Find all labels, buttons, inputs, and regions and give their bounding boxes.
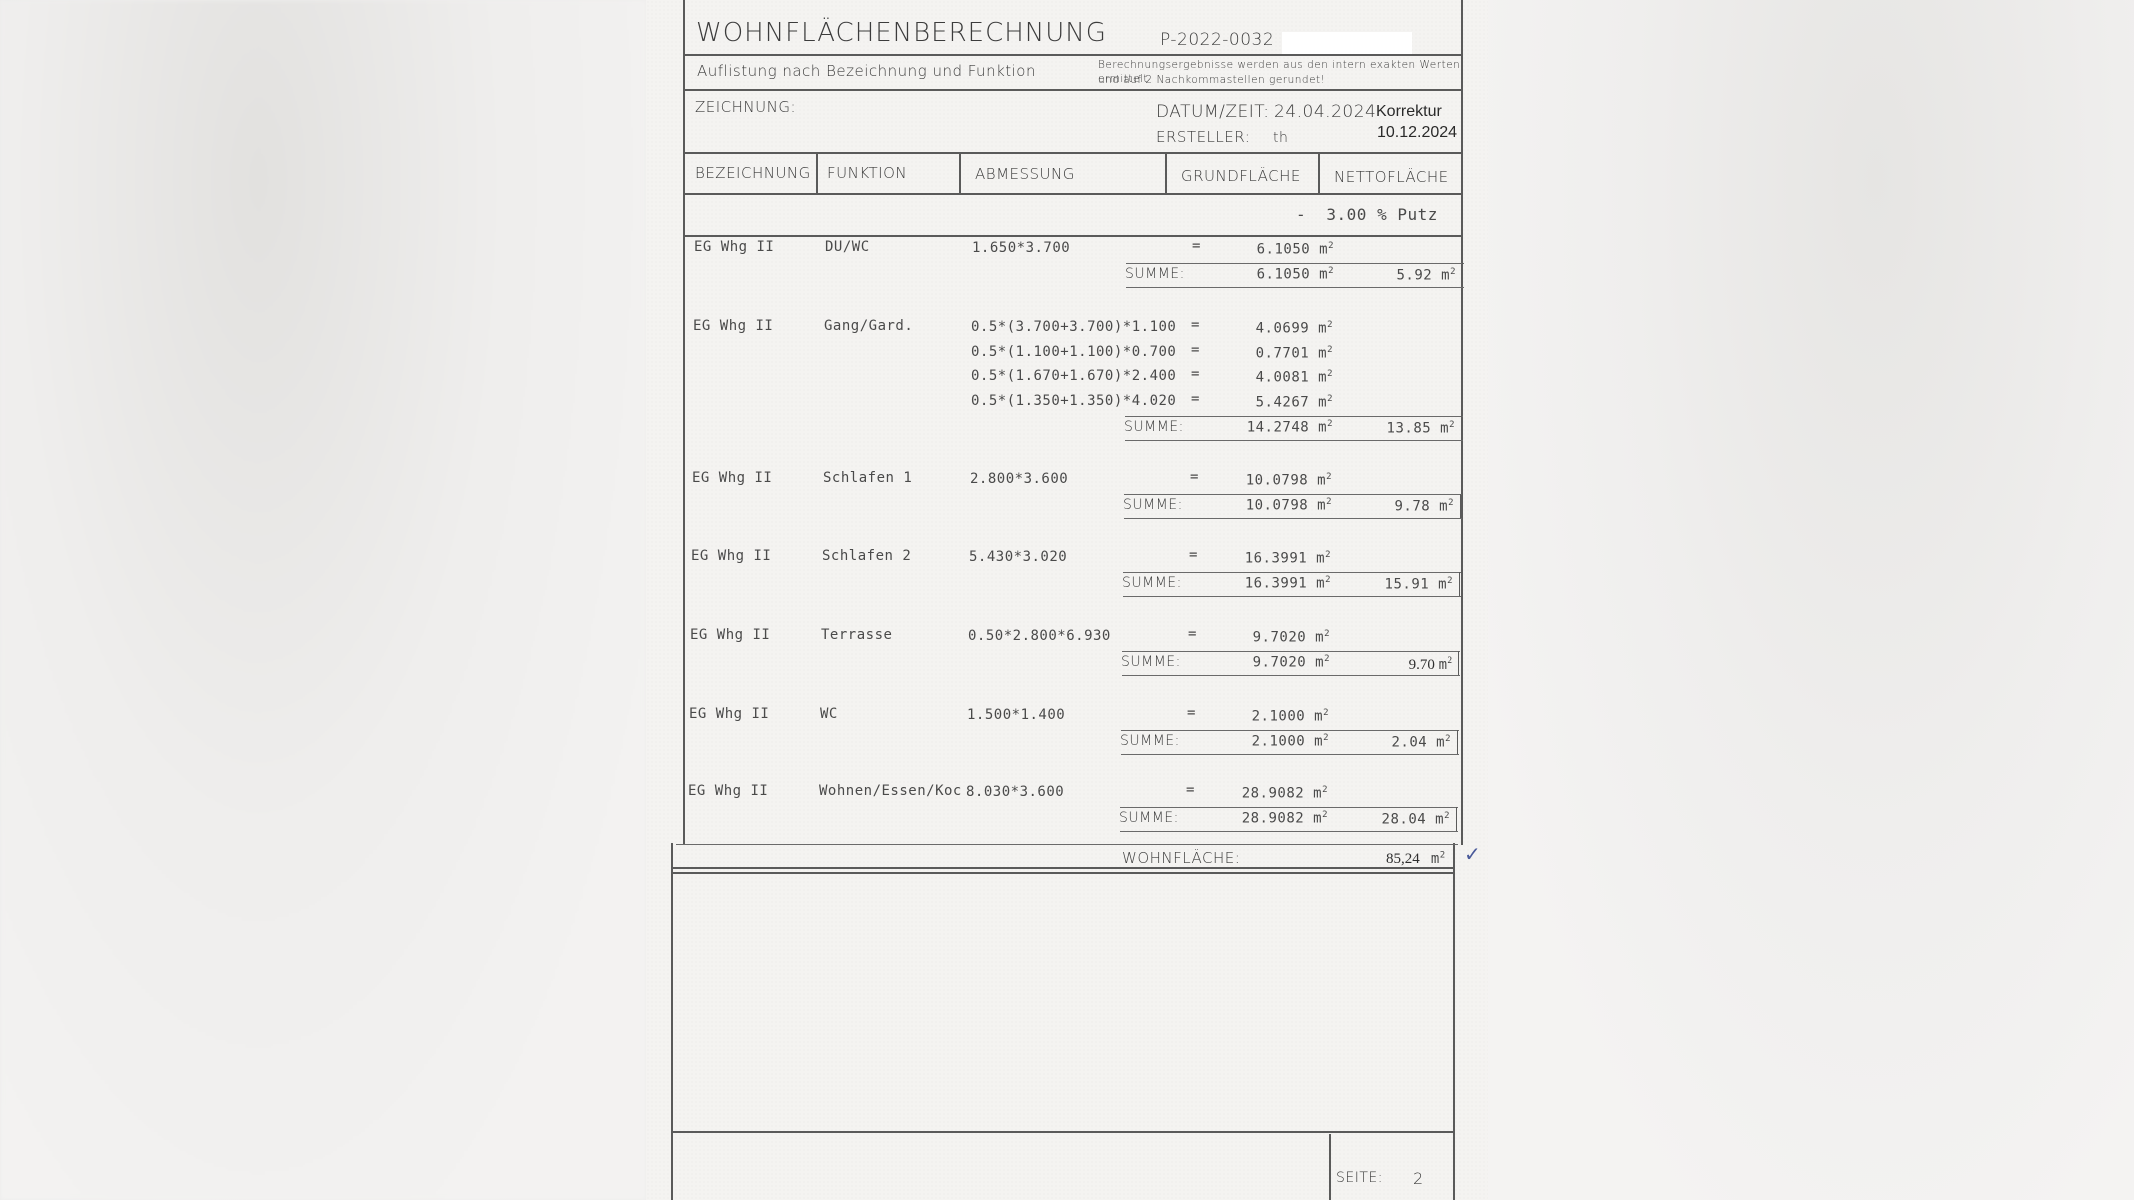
- double-line-bottom: [671, 872, 1455, 874]
- grundflaeche-value: 10.0798 m2: [1240, 472, 1332, 489]
- ersteller-value: th: [1273, 130, 1288, 146]
- double-line-top: [671, 867, 1455, 869]
- rounding-note-line2: und auf 2 Nachkommastellen gerundet!: [1098, 73, 1325, 87]
- korrektur-label: Korrektur: [1376, 103, 1442, 121]
- divider: [676, 844, 1458, 845]
- abmessung-cell: 1.500*1.400: [967, 707, 1065, 723]
- divider: [683, 193, 1463, 195]
- subtitle: Auflistung nach Bezeichnung und Funktion: [697, 62, 1036, 80]
- grundflaeche-value: 2.1000 m2: [1237, 708, 1329, 725]
- redacted-area: [1282, 32, 1412, 54]
- funktion-cell: Terrasse: [821, 627, 892, 643]
- sum-divider: [1121, 730, 1459, 731]
- summe-label: SUMME:: [1124, 419, 1184, 435]
- footer-divider: [671, 1131, 1455, 1133]
- funktion-cell: Gang/Gard.: [824, 318, 913, 334]
- funktion-cell: Schlafen 2: [822, 548, 911, 564]
- funktion-cell: Schlafen 1: [823, 470, 912, 486]
- abmessung-cell: 1.650*3.700: [972, 240, 1070, 256]
- abmessung-cell: 0.5*(3.700+3.700)*1.100: [971, 319, 1176, 335]
- grundflaeche-value: 16.3991 m2: [1239, 550, 1331, 567]
- bezeichnung-cell: EG Whg II: [692, 470, 772, 486]
- row-border: [1457, 730, 1458, 754]
- column-divider: [1318, 154, 1320, 193]
- bezeichnung-cell: EG Whg II: [691, 548, 771, 564]
- nettoflaeche-value: 13.85 m2: [1365, 420, 1455, 437]
- equals-sign: =: [1191, 391, 1200, 407]
- divider: [683, 54, 1463, 56]
- bezeichnung-cell: EG Whg II: [690, 627, 770, 643]
- zeichnung-label: ZEICHNUNG:: [695, 98, 796, 116]
- column-header-nettoflaeche: NETTOFLÄCHE: [1334, 168, 1449, 186]
- grundflaeche-value: 0.7701 m2: [1241, 345, 1333, 362]
- sum-underline: [1121, 754, 1459, 755]
- equals-sign: =: [1192, 238, 1201, 254]
- summe-label: SUMME:: [1122, 575, 1182, 591]
- document-page: WOHNFLÄCHENBERECHNUNG P-2022-0032 Auflis…: [646, 0, 1488, 1200]
- sum-underline: [1120, 831, 1458, 832]
- summe-label: SUMME:: [1120, 733, 1180, 749]
- equals-sign: =: [1187, 705, 1196, 721]
- datum-value: 24.04.2024: [1274, 102, 1376, 122]
- sum-underline: [1122, 675, 1460, 676]
- seite-label: SEITE:: [1336, 1170, 1383, 1186]
- equals-sign: =: [1190, 469, 1199, 485]
- bezeichnung-cell: EG Whg II: [693, 318, 773, 334]
- equals-sign: =: [1189, 547, 1198, 563]
- row-border: [1460, 494, 1461, 518]
- nettoflaeche-value: 9.78 m2: [1364, 498, 1454, 515]
- abmessung-cell: 8.030*3.600: [966, 784, 1064, 800]
- datum-label: DATUM/ZEIT:: [1156, 102, 1269, 122]
- equals-sign: =: [1188, 626, 1197, 642]
- abmessung-cell: 5.430*3.020: [969, 549, 1067, 565]
- grundflaeche-value: 4.0081 m2: [1241, 369, 1333, 386]
- frame-left-border: [683, 0, 685, 845]
- total-value: 85,24 m2: [1386, 848, 1446, 868]
- summe-label: SUMME:: [1121, 654, 1181, 670]
- abmessung-cell: 0.5*(1.350+1.350)*4.020: [971, 393, 1176, 409]
- column-divider: [1165, 153, 1167, 193]
- row-border: [1462, 263, 1463, 287]
- ersteller-label: ERSTELLER:: [1156, 128, 1250, 146]
- nettoflaeche-value: 2.04 m2: [1361, 734, 1451, 751]
- equals-sign: =: [1191, 366, 1200, 382]
- grundflaeche-value: 9.7020 m2: [1238, 629, 1330, 646]
- checkmark-icon: ✓: [1464, 842, 1481, 866]
- frame-right-border-lower: [1453, 843, 1455, 1200]
- row-border: [1458, 651, 1459, 675]
- sum-underline: [1123, 596, 1461, 597]
- equals-sign: =: [1191, 317, 1200, 333]
- equals-sign: =: [1186, 782, 1195, 798]
- funktion-cell: WC: [820, 706, 838, 722]
- abmessung-cell: 0.5*(1.100+1.100)*0.700: [971, 344, 1176, 360]
- row-border: [1456, 807, 1457, 831]
- total-unit: m2: [1431, 851, 1446, 867]
- blurred-background-right: [1488, 0, 2134, 1200]
- summe-value: 10.0798 m2: [1240, 497, 1332, 514]
- grundflaeche-value: 5.4267 m2: [1241, 394, 1333, 411]
- funktion-cell: Wohnen/Essen/Koc: [819, 783, 962, 799]
- sum-divider: [1120, 807, 1458, 808]
- column-header-bezeichnung: BEZEICHNUNG: [695, 164, 811, 182]
- nettoflaeche-value: 5.92 m2: [1366, 267, 1456, 284]
- total-number: 85,24: [1386, 851, 1420, 867]
- summe-value: 6.1050 m2: [1242, 266, 1334, 283]
- divider: [683, 235, 1463, 237]
- sum-divider: [1126, 263, 1464, 264]
- abmessung-cell: 0.5*(1.670+1.670)*2.400: [971, 368, 1176, 384]
- putz-deduction-note: - 3.00 % Putz: [1296, 205, 1438, 224]
- project-number: P-2022-0032: [1160, 30, 1274, 50]
- nettoflaeche-value: 15.91 m2: [1363, 576, 1453, 593]
- total-label: WOHNFLÄCHE:: [1122, 849, 1240, 867]
- bezeichnung-cell: EG Whg II: [689, 706, 769, 722]
- grundflaeche-value: 6.1050 m2: [1242, 241, 1334, 258]
- summe-value: 14.2748 m2: [1241, 419, 1333, 436]
- row-border: [1459, 572, 1460, 596]
- column-header-grundflaeche: GRUNDFLÄCHE: [1181, 167, 1301, 185]
- summe-value: 2.1000 m2: [1237, 733, 1329, 750]
- column-divider: [816, 152, 818, 193]
- sum-underline: [1126, 287, 1464, 288]
- sum-divider: [1122, 651, 1460, 652]
- column-divider: [959, 152, 961, 193]
- column-header-abmessung: ABMESSUNG: [975, 165, 1075, 183]
- grundflaeche-value: 28.9082 m2: [1236, 785, 1328, 802]
- divider: [683, 152, 1463, 154]
- footer-column-divider: [1329, 1134, 1331, 1200]
- sum-divider: [1124, 494, 1462, 495]
- seite-value: 2: [1413, 1169, 1424, 1188]
- sum-divider: [1125, 416, 1463, 417]
- korrektur-date: 10.12.2024: [1377, 124, 1457, 142]
- nettoflaeche-value: 28.04 m2: [1360, 811, 1450, 828]
- sum-underline: [1125, 440, 1463, 441]
- funktion-cell: DU/WC: [825, 239, 870, 255]
- frame-left-border-lower: [671, 843, 673, 1200]
- summe-value: 9.7020 m2: [1238, 654, 1330, 671]
- column-header-funktion: FUNKTION: [827, 164, 907, 182]
- summe-value: 16.3991 m2: [1239, 575, 1331, 592]
- nettoflaeche-value: 9.70 m2: [1362, 655, 1452, 674]
- summe-label: SUMME:: [1125, 266, 1185, 282]
- sum-underline: [1124, 518, 1462, 519]
- divider: [683, 89, 1463, 91]
- summe-label: SUMME:: [1123, 497, 1183, 513]
- grundflaeche-value: 4.0699 m2: [1241, 320, 1333, 337]
- summe-label: SUMME:: [1119, 810, 1179, 826]
- sum-divider: [1123, 572, 1461, 573]
- abmessung-cell: 0.50*2.800*6.930: [968, 628, 1111, 644]
- document-title: WOHNFLÄCHENBERECHNUNG: [696, 18, 1107, 48]
- blurred-background-left: [0, 0, 646, 1200]
- bezeichnung-cell: EG Whg II: [694, 239, 774, 255]
- row-border: [1461, 416, 1462, 440]
- equals-sign: =: [1191, 342, 1200, 358]
- summe-value: 28.9082 m2: [1236, 810, 1328, 827]
- bezeichnung-cell: EG Whg II: [688, 783, 768, 799]
- abmessung-cell: 2.800*3.600: [970, 471, 1068, 487]
